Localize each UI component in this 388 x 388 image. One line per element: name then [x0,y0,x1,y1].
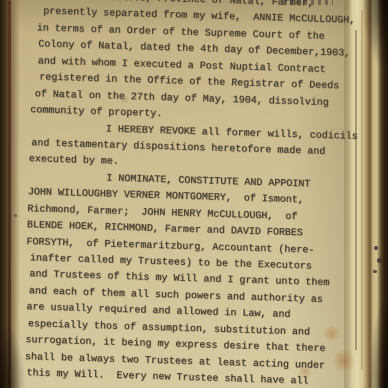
top-right-shadow [362,0,388,70]
ink-speck [14,214,17,217]
ink-speck [374,246,378,250]
ink-speck [377,258,382,263]
scanned-will-page-photo: of Mid Illovo, Province of Natal, Farmer… [0,0,388,388]
bottom-right-shadow [370,298,388,388]
ink-speck [373,270,377,273]
text-block: of Mid Illovo, Province of Natal, Farmer… [20,0,366,388]
